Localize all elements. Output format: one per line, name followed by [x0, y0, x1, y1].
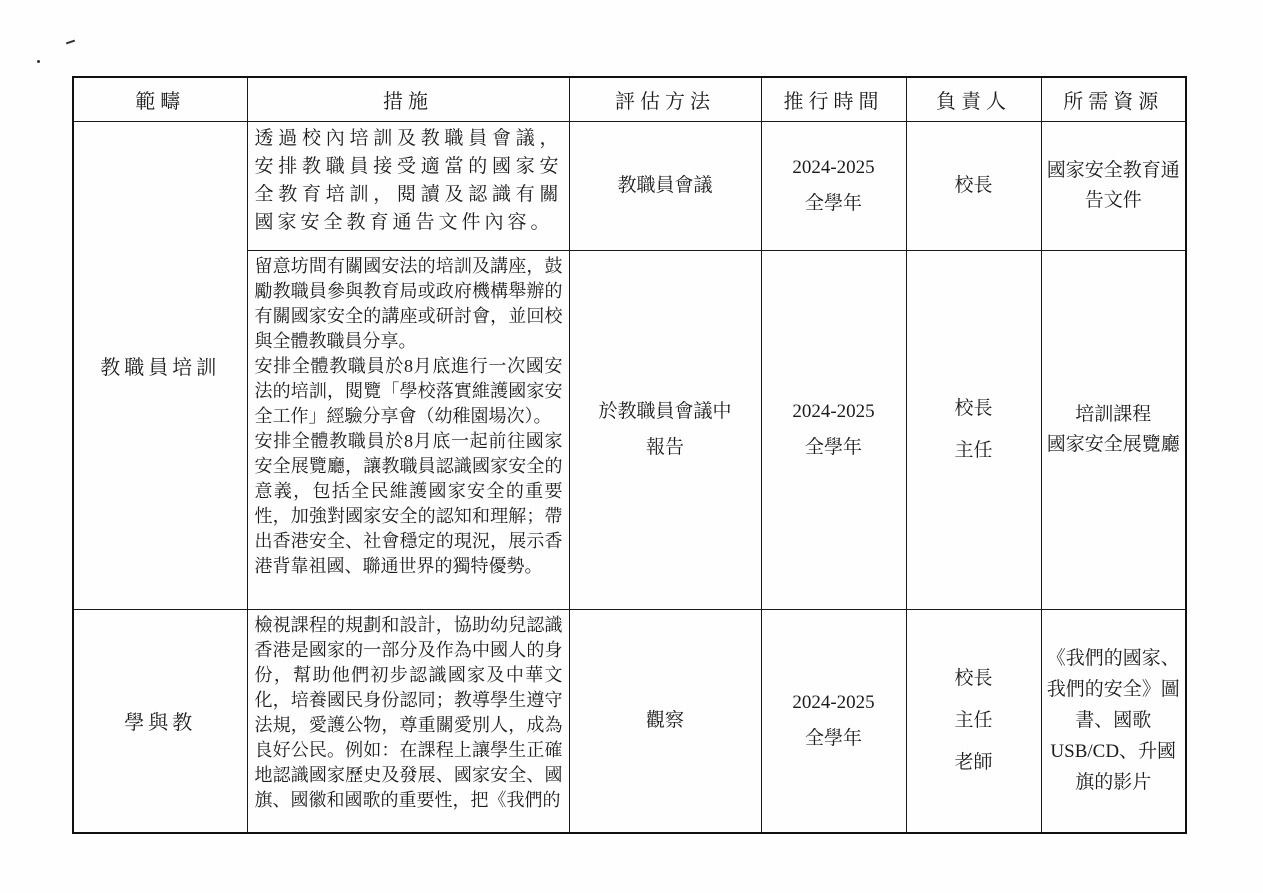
text-line: 檢視課程的規劃和設計，協助幼兒認識香港是國家的一部分及作為中國人的身份，幫助他們…	[255, 613, 563, 813]
text-line: 校長	[908, 165, 1040, 207]
time-cell: 2024-2025全學年	[761, 609, 906, 833]
person-cell: 校長	[906, 121, 1041, 250]
resources-cell: 《我們的國家、我們的安全》圖書、國歌USB/CD、升國旗的影片	[1041, 609, 1186, 833]
text-line: 2024-2025	[763, 394, 905, 430]
text-line: 全學年	[763, 186, 905, 222]
scan-artifact-dash	[66, 40, 75, 45]
text-line: 《我們的國家、我們的安全》圖書、國歌USB/CD、升國旗的影片	[1043, 643, 1185, 798]
scanned-document-page: 範疇 措施 評估方法 推行時間 負責人 所需資源 教職員培訓 透過校內培訓及教職…	[0, 0, 1263, 893]
text-line: 國家安全教育通告文件	[1043, 156, 1185, 216]
category-cell-staff-training: 教職員培訓	[73, 121, 247, 609]
person-cell: 校長主任	[906, 250, 1041, 609]
text-line: 留意坊間有關國安法的培訓及講座，鼓勵教職員參與教育局或政府機構舉辦的有關國家安全…	[255, 254, 563, 354]
table-row-learning-teaching: 學與教 檢視課程的規劃和設計，協助幼兒認識香港是國家的一部分及作為中國人的身份，…	[73, 609, 1186, 833]
evaluation-cell: 於教職員會議中報告	[569, 250, 761, 609]
measures-cell: 留意坊間有關國安法的培訓及講座，鼓勵教職員參與教育局或政府機構舉辦的有關國家安全…	[247, 250, 569, 609]
col-header-person: 負責人	[906, 77, 1041, 121]
text-line: 校長	[908, 658, 1040, 700]
text-line: 2024-2025	[763, 685, 905, 721]
text-line: 主任	[908, 430, 1040, 472]
text-line: 安排全體教職員於8月底一起前往國家安全展覽廳，讓教職員認識國家安全的意義，包括全…	[255, 429, 563, 579]
person-cell: 校長主任老師	[906, 609, 1041, 833]
resources-cell: 培訓課程國家安全展覽廳	[1041, 250, 1186, 609]
text-line: 校長	[908, 388, 1040, 430]
text-line: 安排全體教職員於8月底進行一次國安法的培訓，閱覽「學校落實維護國家安全工作」經驗…	[255, 354, 563, 429]
text-line: 老師	[908, 742, 1040, 784]
text-line: 全學年	[763, 430, 905, 466]
text-line: 培訓課程	[1043, 400, 1185, 430]
time-cell: 2024-2025全學年	[761, 121, 906, 250]
col-header-category: 範疇	[73, 77, 247, 121]
text-line: 主任	[908, 700, 1040, 742]
scan-artifact-dot	[37, 60, 40, 63]
col-header-evaluation: 評估方法	[569, 77, 761, 121]
col-header-resources: 所需資源	[1041, 77, 1186, 121]
evaluation-cell: 教職員會議	[569, 121, 761, 250]
text-line: 教職員會議	[571, 168, 760, 204]
resources-cell: 國家安全教育通告文件	[1041, 121, 1186, 250]
text-line: 2024-2025	[763, 150, 905, 186]
table-row-staff-training-1: 教職員培訓 透過校內培訓及教職員會議，安排教職員接受適當的國家安全教育培訓，閱讀…	[73, 121, 1186, 250]
col-header-time: 推行時間	[761, 77, 906, 121]
text-line: 於教職員會議中	[571, 394, 760, 430]
measures-cell: 透過校內培訓及教職員會議，安排教職員接受適當的國家安全教育培訓，閱讀及認識有關國…	[247, 121, 569, 250]
category-cell-learning-teaching: 學與教	[73, 609, 247, 833]
text-line: 全學年	[763, 721, 905, 757]
text-line: 國家安全展覽廳	[1043, 430, 1185, 460]
text-line: 觀察	[571, 703, 760, 739]
national-security-education-plan-table: 範疇 措施 評估方法 推行時間 負責人 所需資源 教職員培訓 透過校內培訓及教職…	[72, 76, 1187, 834]
measures-cell: 檢視課程的規劃和設計，協助幼兒認識香港是國家的一部分及作為中國人的身份，幫助他們…	[247, 609, 569, 833]
header-row: 範疇 措施 評估方法 推行時間 負責人 所需資源	[73, 77, 1186, 121]
text-line: 透過校內培訓及教職員會議，安排教職員接受適當的國家安全教育培訓，閱讀及認識有關國…	[255, 125, 563, 237]
evaluation-cell: 觀察	[569, 609, 761, 833]
col-header-measures: 措施	[247, 77, 569, 121]
text-line: 報告	[571, 430, 760, 466]
time-cell: 2024-2025全學年	[761, 250, 906, 609]
